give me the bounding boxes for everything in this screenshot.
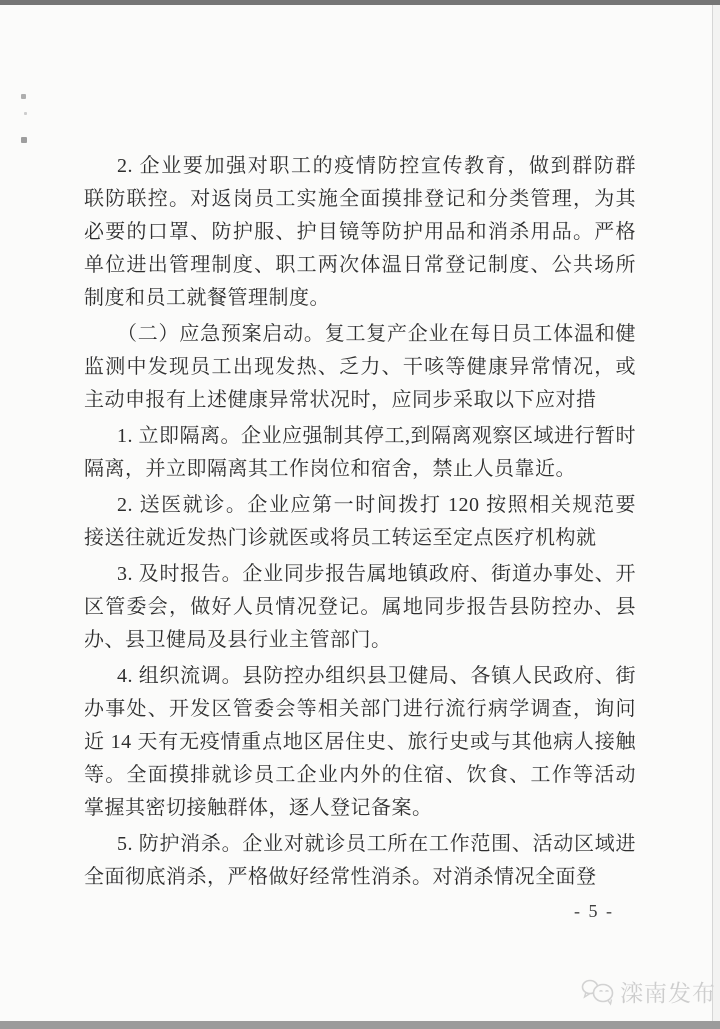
paragraph: 3. 及时报告。企业同步报告属地镇政府、街道办事处、开发区管委会，做好人员情况登…	[84, 558, 636, 657]
paragraph: 2. 送医就诊。企业应第一时间拨打 120 按照相关规范要求，接送往就近发热门诊…	[84, 489, 636, 555]
text-line: 监测中发现员工出现发热、乏力、干咳等健康异常情况，或员工	[84, 351, 636, 384]
text-line: 2. 送医就诊。企业应第一时间拨打 120 按照相关规范要求，	[84, 489, 636, 522]
scan-artifact-dot	[21, 137, 27, 143]
text-line: 隔离，并立即隔离其工作岗位和宿舍，禁止人员靠近。	[84, 453, 636, 486]
document-body: 2. 企业要加强对职工的疫情防控宣传教育，做到群防群治，联防联控。对返岗员工实施…	[84, 150, 636, 897]
page-right-edge-line	[712, 5, 713, 1021]
text-line: 主动申报有上述健康异常状况时，应同步采取以下应对措施：	[84, 384, 636, 417]
page-right-strip	[713, 5, 720, 1021]
text-line: 全面彻底消杀，严格做好经常性消杀。对消杀情况全面登记。	[84, 861, 636, 894]
paragraph: 4. 组织流调。县防控办组织县卫健局、各镇人民政府、街道办事处、开发区管委会等相…	[84, 660, 636, 825]
watermark-text: 滦南发布	[620, 975, 716, 1008]
text-line: 2. 企业要加强对职工的疫情防控宣传教育，做到群防群治，	[84, 150, 636, 183]
text-line: 联防联控。对返岗员工实施全面摸排登记和分类管理，为其配备	[84, 183, 636, 216]
speech-bubbles-icon	[581, 977, 617, 1007]
text-line: 单位进出管理制度、职工两次体温日常登记制度、公共场所消杀	[84, 249, 636, 282]
text-line: 4. 组织流调。县防控办组织县卫健局、各镇人民政府、街道	[84, 660, 636, 693]
text-line: 5. 防护消杀。企业对就诊员工所在工作范围、活动区域进行	[84, 828, 636, 861]
text-line: 掌握其密切接触群体，逐人登记备案。	[84, 792, 636, 825]
paragraph: 2. 企业要加强对职工的疫情防控宣传教育，做到群防群治，联防联控。对返岗员工实施…	[84, 150, 636, 315]
text-line: 1. 立即隔离。企业应强制其停工,到隔离观察区域进行暂时	[84, 420, 636, 453]
text-line: 接送往就近发热门诊就医或将员工转运至定点医疗机构就诊。	[84, 522, 636, 555]
text-line: 办事处、开发区管委会等相关部门进行流行病学调查，询问了解	[84, 693, 636, 726]
page-number: - 5 -	[84, 901, 614, 922]
text-line: （二）应急预案启动。复工复产企业在每日员工体温和健康	[84, 318, 636, 351]
text-line: 制度和员工就餐管理制度。	[84, 282, 636, 315]
scan-artifact-dot	[24, 112, 27, 115]
scan-artifact-dot	[21, 94, 26, 99]
text-line: 3. 及时报告。企业同步报告属地镇政府、街道办事处、开发	[84, 558, 636, 591]
text-line: 近 14 天有无疫情重点地区居住史、旅行史或与其他病人接触史	[84, 726, 636, 759]
text-line: 办、县卫健局及县行业主管部门。	[84, 624, 636, 657]
text-line: 区管委会，做好人员情况登记。属地同步报告县防控办、县复工	[84, 591, 636, 624]
text-line: 等。全面摸排就诊员工企业内外的住宿、饮食、工作等活动轨迹，	[84, 759, 636, 792]
scan-top-band	[0, 0, 720, 5]
text-line: 必要的口罩、防护服、护目镜等防护用品和消杀用品。严格执行	[84, 216, 636, 249]
watermark: 滦南发布	[581, 975, 716, 1008]
paragraph: 5. 防护消杀。企业对就诊员工所在工作范围、活动区域进行全面彻底消杀，严格做好经…	[84, 828, 636, 894]
scan-bottom-band	[0, 1021, 720, 1029]
paragraph: 1. 立即隔离。企业应强制其停工,到隔离观察区域进行暂时隔离，并立即隔离其工作岗…	[84, 420, 636, 486]
paragraph: （二）应急预案启动。复工复产企业在每日员工体温和健康监测中发现员工出现发热、乏力…	[84, 318, 636, 417]
